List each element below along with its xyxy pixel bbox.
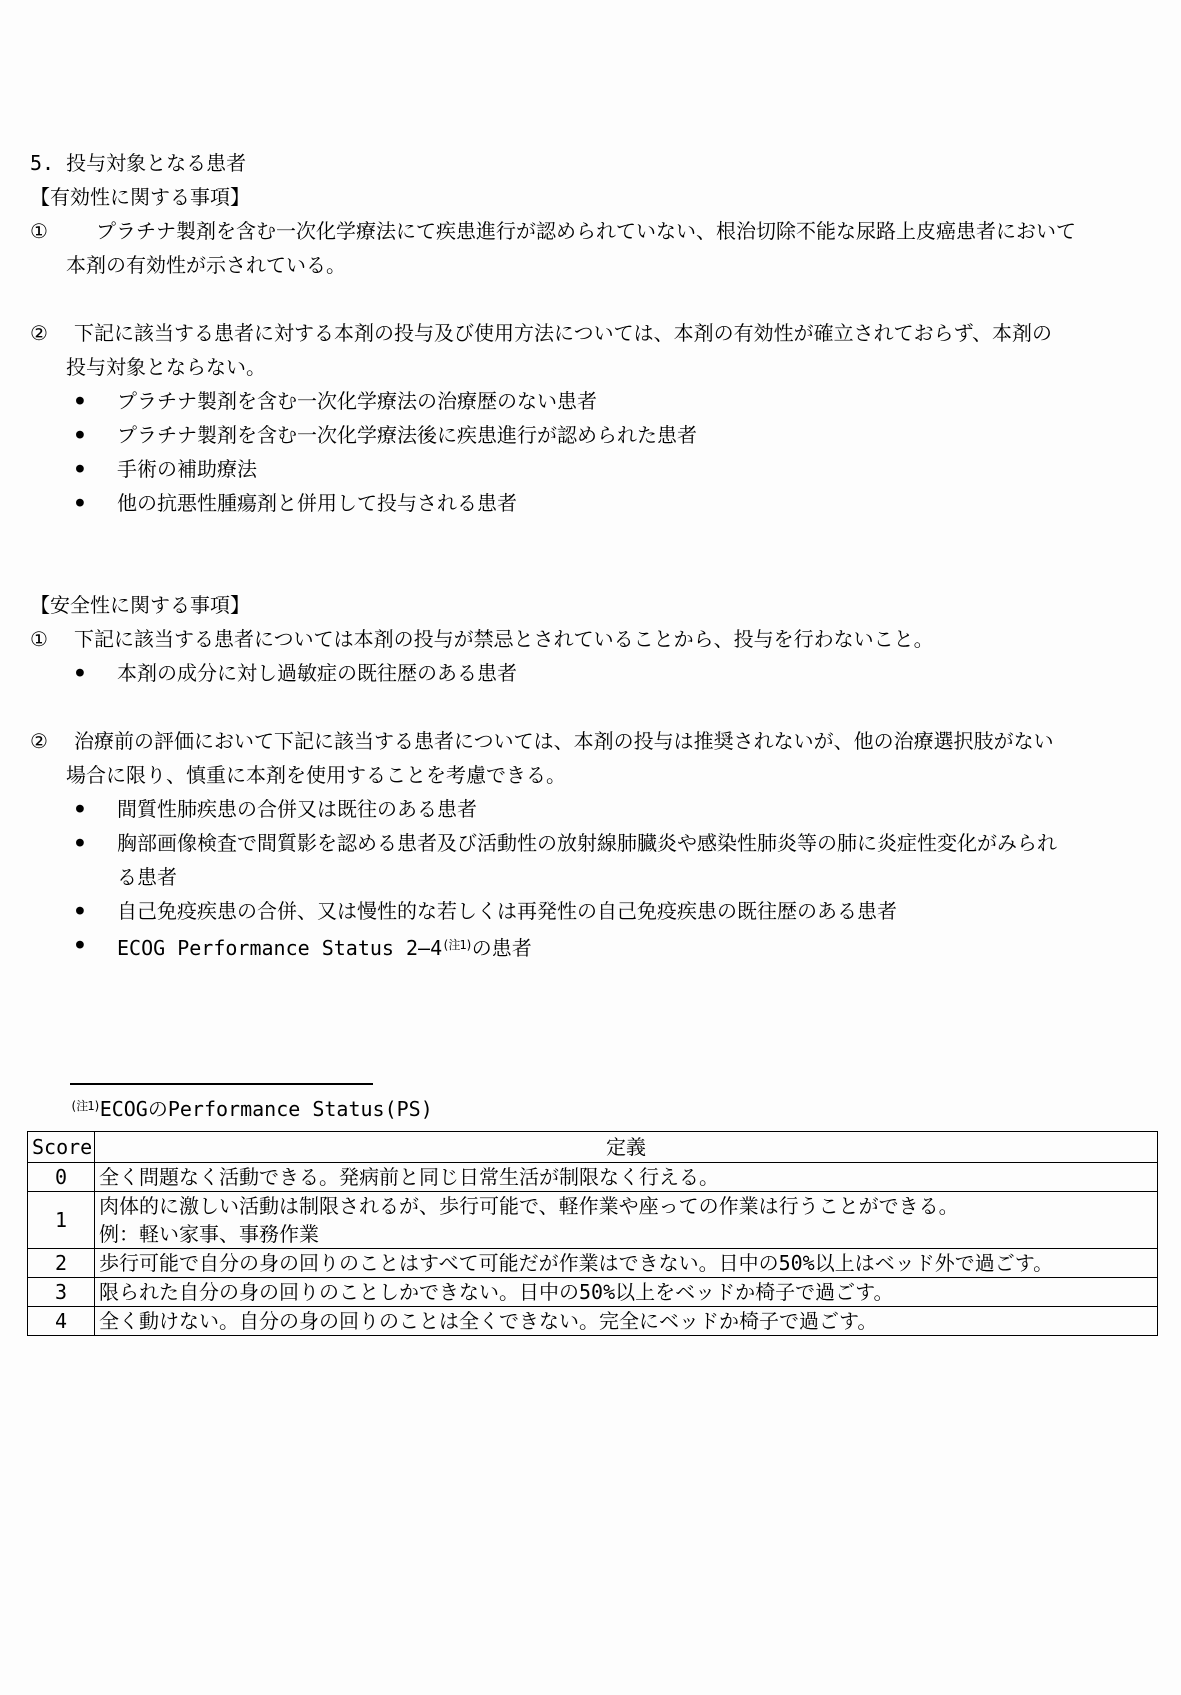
score-value: 2 <box>28 1249 95 1278</box>
definition-value: 全く問題なく活動できる。発病前と同じ日常生活が制限なく行える。 <box>95 1163 1158 1192</box>
definition-column-header: 定義 <box>95 1132 1158 1163</box>
safety-heading: 【安全性に関する事項】 <box>30 588 1157 622</box>
table-row: 1 肉体的に激しい活動は制限されるが、歩行可能で、軽作業や座っての作業は行うこと… <box>28 1192 1158 1249</box>
bullet-icon: ● <box>76 384 84 418</box>
efficacy-item-1-text: プラチナ製剤を含む一次化学療法にて疾患進行が認められていない、根治切除不能な尿路… <box>66 214 1157 282</box>
score-value: 4 <box>28 1307 95 1336</box>
safety-item-2-bullet-1-text: 間質性肺疾患の合併又は既往のある患者 <box>117 792 1157 826</box>
efficacy-bullet-2-text: プラチナ製剤を含む一次化学療法後に疾患進行が認められた患者 <box>117 418 1157 452</box>
definition-value: 全く動けない。自分の身の回りのことは全くできない。完全にベッドか椅子で過ごす。 <box>95 1307 1158 1336</box>
safety-item-2: ② 治療前の評価において下記に該当する患者については、本剤の投与は推奨されないが… <box>30 724 1157 792</box>
efficacy-item-2-text: 下記に該当する患者に対する本剤の投与及び使用方法については、本剤の有効性が確立さ… <box>66 316 1157 384</box>
ecog-performance-status-table: Score 定義 0 全く問題なく活動できる。発病前と同じ日常生活が制限なく行え… <box>27 1131 1158 1336</box>
definition-value: 肉体的に激しい活動は制限されるが、歩行可能で、軽作業や座っての作業は行うことがで… <box>95 1192 1158 1249</box>
note-1-reference: (注1) <box>442 938 472 952</box>
circled-number-2: ② <box>30 316 48 350</box>
bullet-icon: ● <box>76 894 84 928</box>
bullet-icon: ● <box>76 792 84 826</box>
safety-item-2-bullet-2-text: 胸部画像検査で間質影を認める患者及び活動性の放射線肺臓炎や感染性肺炎等の肺に炎症… <box>117 826 1157 894</box>
circled-number-1: ① <box>30 214 48 248</box>
efficacy-bullet-3-text: 手術の補助療法 <box>117 452 1157 486</box>
score-value: 1 <box>28 1192 95 1249</box>
bullet-icon: ● <box>76 418 84 452</box>
safety-item-2-bullet-ecog: ● ECOG Performance Status 2—4(注1)の患者 <box>30 928 1157 965</box>
efficacy-item-2: ② 下記に該当する患者に対する本剤の投与及び使用方法については、本剤の有効性が確… <box>30 316 1157 384</box>
safety-item-2-bullet-3-text: 自己免疫疾患の合併、又は慢性的な若しくは再発性の自己免疫疾患の既往歴のある患者 <box>117 894 1157 928</box>
safety-item-1-bullet-1: ● 本剤の成分に対し過敏症の既往歴のある患者 <box>30 656 1157 690</box>
safety-item-2-text: 治療前の評価において下記に該当する患者については、本剤の投与は推奨されないが、他… <box>66 724 1157 792</box>
score-value: 0 <box>28 1163 95 1192</box>
efficacy-bullet-4-text: 他の抗悪性腫瘍剤と併用して投与される患者 <box>117 486 1157 520</box>
bullet-icon: ● <box>76 826 84 860</box>
efficacy-bullet-1: ● プラチナ製剤を含む一次化学療法の治療歴のない患者 <box>30 384 1157 418</box>
circled-number-2: ② <box>30 724 48 758</box>
bullet-icon: ● <box>76 486 84 520</box>
safety-item-2-bullet-2: ● 胸部画像検査で間質影を認める患者及び活動性の放射線肺臓炎や感染性肺炎等の肺に… <box>30 826 1157 894</box>
footnote-divider <box>70 1083 373 1085</box>
safety-item-1-bullet-1-text: 本剤の成分に対し過敏症の既往歴のある患者 <box>117 656 1157 690</box>
table-row: 4 全く動けない。自分の身の回りのことは全くできない。完全にベッドか椅子で過ごす… <box>28 1307 1158 1336</box>
note-1-marker: (注1) <box>70 1099 100 1113</box>
footnote-text: ECOGのPerformance Status(PS) <box>100 1097 433 1121</box>
definition-value: 歩行可能で自分の身の回りのことはすべて可能だが作業はできない。日中の50%以上は… <box>95 1249 1158 1278</box>
safety-item-1: ① 下記に該当する患者については本剤の投与が禁忌とされていることから、投与を行わ… <box>30 622 1157 656</box>
bullet-icon: ● <box>76 452 84 486</box>
ecog-status-suffix: の患者 <box>472 936 532 960</box>
definition-value: 限られた自分の身の回りのことしかできない。日中の50%以上をベッドか椅子で過ごす… <box>95 1278 1158 1307</box>
safety-item-2-bullet-3: ● 自己免疫疾患の合併、又は慢性的な若しくは再発性の自己免疫疾患の既往歴のある患… <box>30 894 1157 928</box>
efficacy-bullet-1-text: プラチナ製剤を含む一次化学療法の治療歴のない患者 <box>117 384 1157 418</box>
efficacy-bullet-2: ● プラチナ製剤を含む一次化学療法後に疾患進行が認められた患者 <box>30 418 1157 452</box>
table-row: 2 歩行可能で自分の身の回りのことはすべて可能だが作業はできない。日中の50%以… <box>28 1249 1158 1278</box>
ecog-status-text: ECOG Performance Status 2—4 <box>117 936 442 960</box>
score-column-header: Score <box>28 1132 95 1163</box>
bullet-icon: ● <box>76 656 84 690</box>
bullet-icon: ● <box>76 928 84 962</box>
score-value: 3 <box>28 1278 95 1307</box>
safety-item-1-text: 下記に該当する患者については本剤の投与が禁忌とされていることから、投与を行わない… <box>66 622 1157 656</box>
table-header-row: Score 定義 <box>28 1132 1158 1163</box>
footnote: (注1)ECOGのPerformance Status(PS) <box>70 1091 1157 1124</box>
efficacy-heading: 【有効性に関する事項】 <box>30 180 1157 214</box>
efficacy-bullet-3: ● 手術の補助療法 <box>30 452 1157 486</box>
efficacy-bullet-4: ● 他の抗悪性腫瘍剤と併用して投与される患者 <box>30 486 1157 520</box>
circled-number-1: ① <box>30 622 48 656</box>
table-row: 3 限られた自分の身の回りのことしかできない。日中の50%以上をベッドか椅子で過… <box>28 1278 1158 1307</box>
ecog-status-line: ECOG Performance Status 2—4(注1)の患者 <box>117 928 1157 965</box>
section-heading: 5. 投与対象となる患者 <box>30 146 1157 180</box>
efficacy-item-1: ① プラチナ製剤を含む一次化学療法にて疾患進行が認められていない、根治切除不能な… <box>30 214 1157 282</box>
table-row: 0 全く問題なく活動できる。発病前と同じ日常生活が制限なく行える。 <box>28 1163 1158 1192</box>
safety-item-2-bullet-1: ● 間質性肺疾患の合併又は既往のある患者 <box>30 792 1157 826</box>
document-page: 5. 投与対象となる患者 【有効性に関する事項】 ① プラチナ製剤を含む一次化学… <box>0 0 1181 1695</box>
